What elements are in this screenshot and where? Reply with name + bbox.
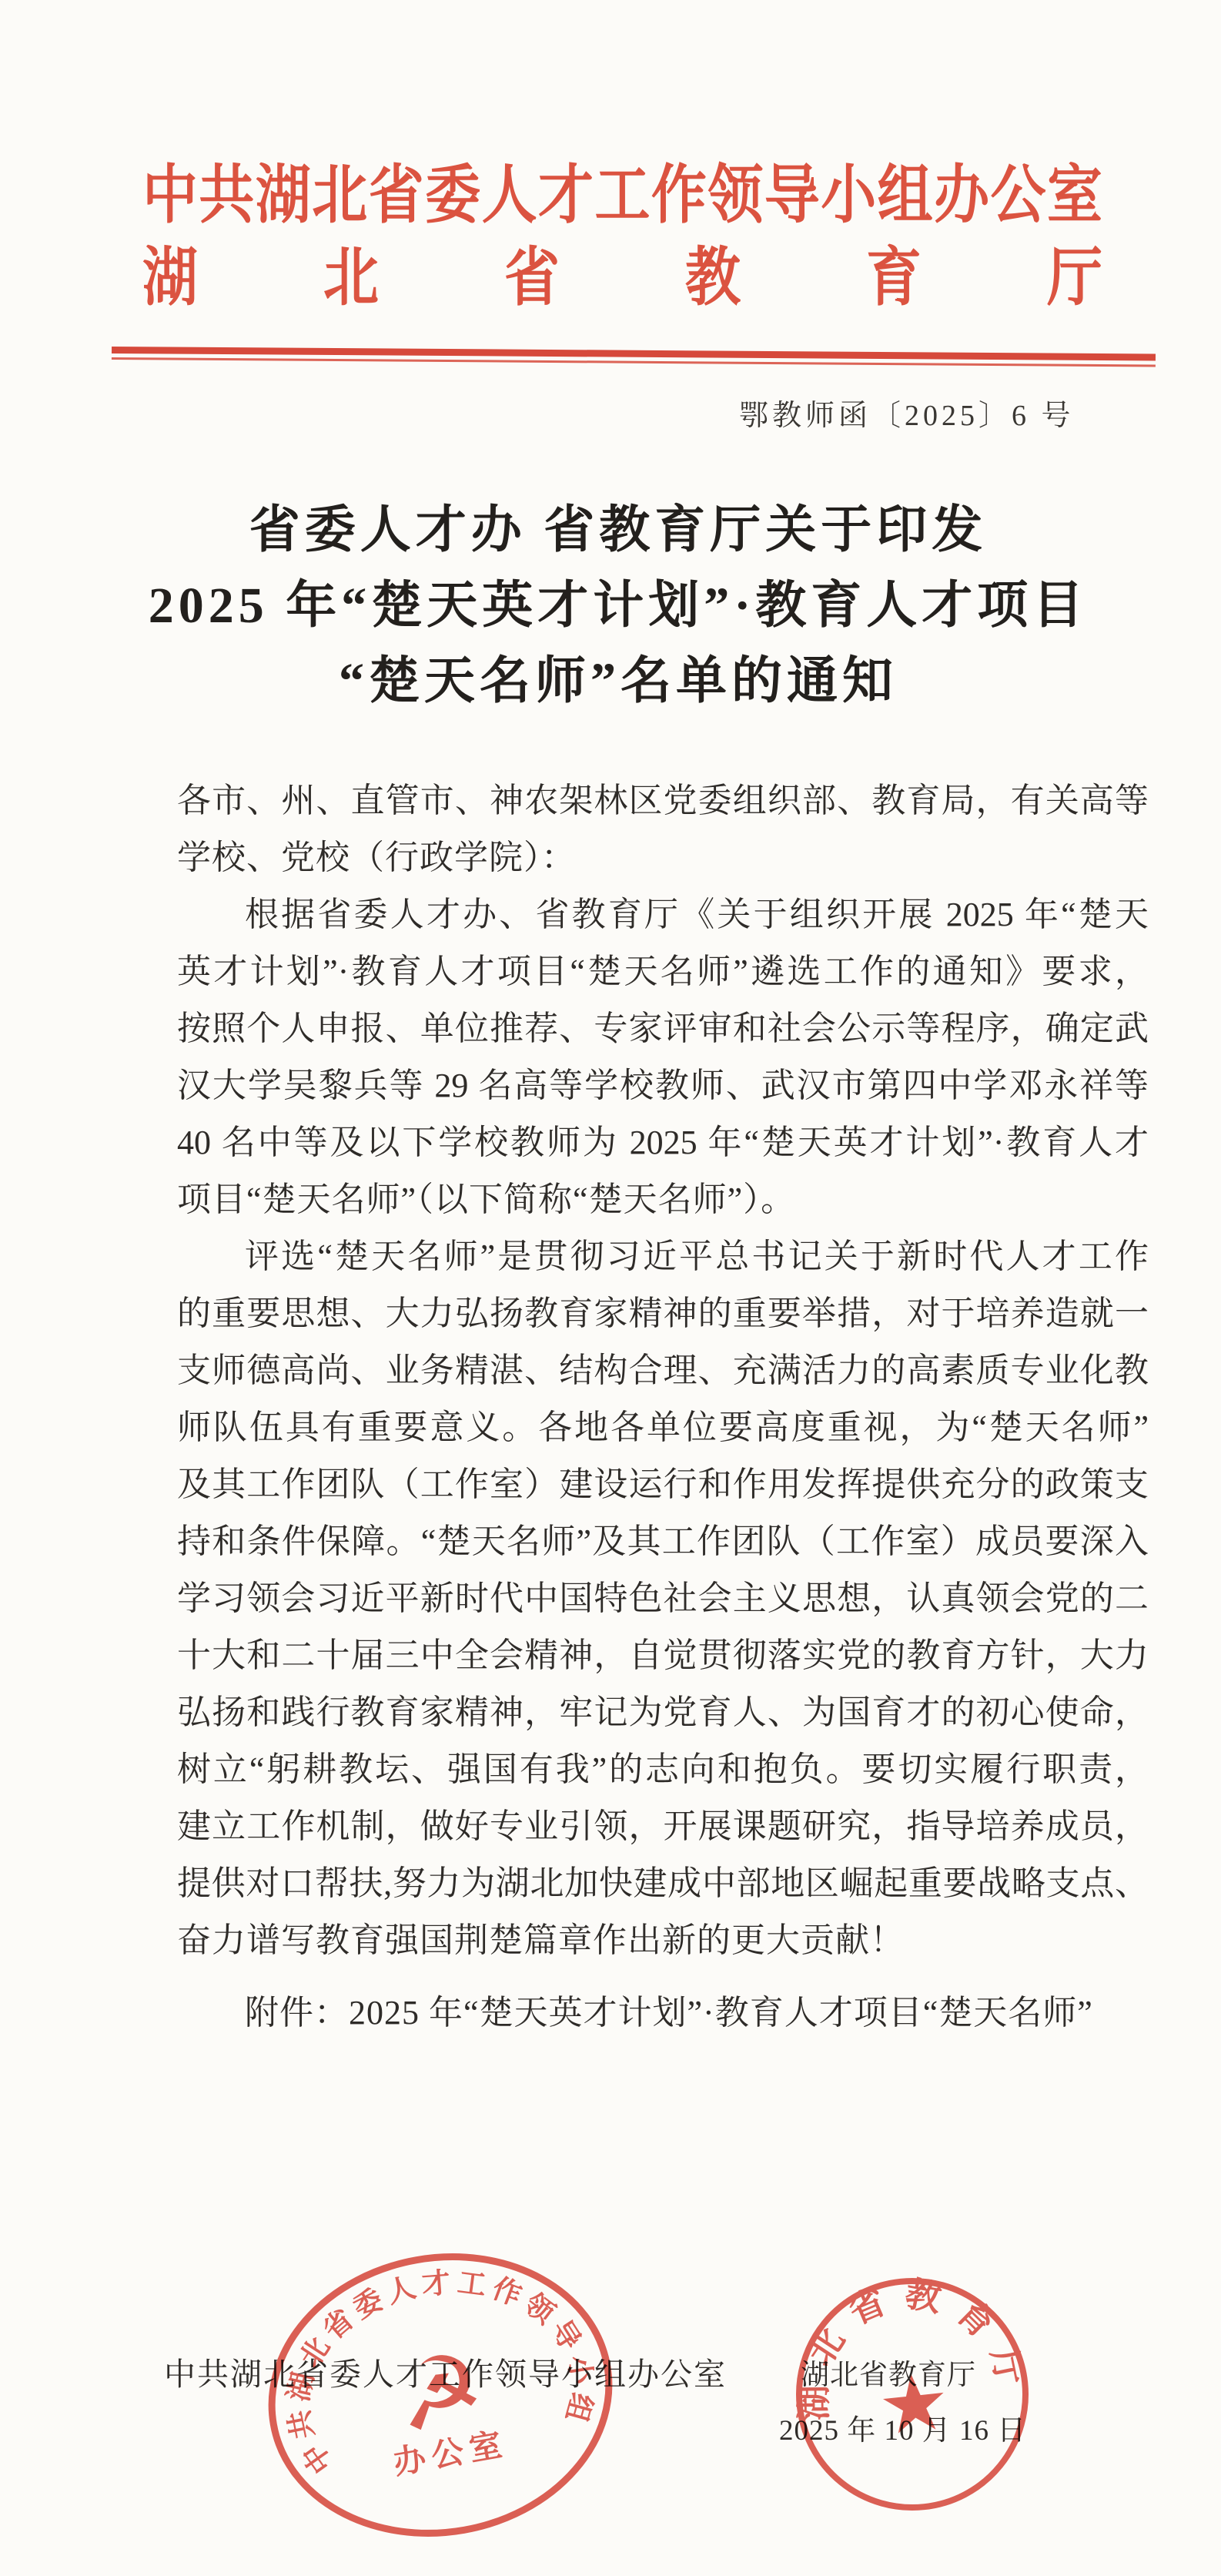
body-line: 弘扬和践行教育家精神，牢记为党育人、为国育才的初心使命， (177, 1684, 1149, 1741)
star-icon: ★ (874, 2354, 954, 2454)
attachment-line: 附件：2025 年“楚天英才计划”·教育人才项目“楚天名师” (177, 1985, 1149, 2042)
body-line: 学校、党校（行政学院）： (177, 829, 1149, 886)
letterhead-org-line1: 中共湖北省委人才工作领导小组办公室 (142, 164, 1102, 228)
body-line: 的重要思想、大力弘扬教育家精神的重要举措，对于培养造就一 (177, 1285, 1149, 1342)
body-line: 根据省委人才办、省教育厅《关于组织开展 2025 年“楚天 (177, 886, 1149, 943)
document-title: 省委人才办 省教育厅关于印发 2025 年“楚天英才计划”·教育人才项目 “楚天… (110, 493, 1126, 719)
body-line: 支师德高尚、业务精湛、结构合理、充满活力的高素质专业化教 (177, 1342, 1149, 1399)
title-line-3: “楚天名师”名单的通知 (110, 644, 1126, 719)
education-department-seal: 湖北省教育厅 ★ (781, 2263, 1044, 2526)
body-line: 持和条件保障。“楚天名师”及其工作团队（工作室）成员要深入 (177, 1513, 1149, 1570)
body-line: 树立“躬耕教坛、强国有我”的志向和抱负。要切实履行职责， (177, 1741, 1149, 1798)
letterhead-org-line2: 湖北省教育厅 (142, 246, 1102, 310)
body-line: 评选“楚天名师”是贯彻习近平总书记关于新时代人才工作 (177, 1228, 1149, 1285)
body-line: 40 名中等及以下学校教师为 2025 年“楚天英才计划”·教育人才 (177, 1114, 1149, 1171)
body-line: 汉大学吴黎兵等 29 名高等学校教师、武汉市第四中学邓永祥等 (177, 1057, 1149, 1114)
letterhead-divider (112, 347, 1156, 367)
body-line: 各市、州、直管市、神农架林区党委组织部、教育局，有关高等 (177, 772, 1149, 829)
body-line: 提供对口帮扶,努力为湖北加快建成中部地区崛起重要战略支点、 (177, 1855, 1149, 1912)
letterhead: 中共湖北省委人才工作领导小组办公室 湖北省教育厅 (142, 168, 1102, 306)
body-line: 十大和二十届三中全会精神，自觉贯彻落实党的教育方针，大力 (177, 1627, 1149, 1684)
document-body: 各市、州、直管市、神农架林区党委组织部、教育局，有关高等学校、党校（行政学院）：… (177, 772, 1149, 2042)
body-line: 师队伍具有重要意义。各地各单位要高度重视，为“楚天名师” (177, 1399, 1149, 1456)
document-page: 中共湖北省委人才工作领导小组办公室 湖北省教育厅 鄂教师函〔2025〕6 号 省… (0, 0, 1221, 2576)
party-office-seal: 中共湖北省委人才工作领导小组 ☭ 办公室 (235, 2208, 646, 2576)
body-line: 项目“楚天名师”（以下简称“楚天名师”）。 (177, 1171, 1149, 1228)
body-line: 英才计划”·教育人才项目“楚天名师”遴选工作的通知》要求， (177, 943, 1149, 1000)
title-line-1: 省委人才办 省教育厅关于印发 (110, 493, 1126, 568)
body-line: 及其工作团队（工作室）建设运行和作用发挥提供充分的政策支 (177, 1456, 1149, 1513)
body-line: 按照个人申报、单位推荐、专家评审和社会公示等程序，确定武 (177, 1000, 1149, 1057)
document-number: 鄂教师函〔2025〕6 号 (739, 397, 1075, 434)
title-line-2: 2025 年“楚天英才计划”·教育人才项目 (110, 568, 1126, 644)
body-line: 奋力谱写教育强国荆楚篇章作出新的更大贡献！ (177, 1912, 1149, 1969)
body-line: 学习领会习近平新时代中国特色社会主义思想，认真领会党的二 (177, 1570, 1149, 1627)
body-line: 建立工作机制，做好专业引领，开展课题研究，指导培养成员， (177, 1798, 1149, 1855)
